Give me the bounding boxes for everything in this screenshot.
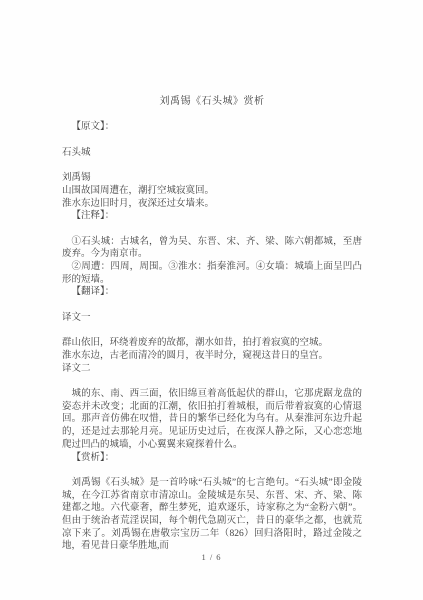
spacer	[62, 299, 362, 312]
poem-line: 山围故国周遭在，潮打空城寂寞回。	[62, 185, 362, 198]
section-header-translation: 【翻译】：	[62, 286, 362, 299]
spacer	[62, 325, 362, 338]
translation-line: 群山依旧，环绕着废弃的故都，潮水如昔，拍打着寂寞的空城。	[62, 337, 362, 350]
document-page: 刘禹锡《石头城》赏析 【原文】： 石头城 刘禹锡 山围故国周遭在，潮打空城寂寞回…	[0, 0, 423, 600]
poet-name: 刘禹锡	[62, 172, 362, 185]
section-header-analysis: 【赏析】：	[62, 452, 362, 465]
translation-line: 淮水东边，古老而清冷的圆月，夜半时分，窥视这昔日的皇宫。	[62, 350, 362, 363]
page-title: 刘禹锡《石头城》赏析	[62, 96, 362, 109]
poem-line: 淮水东边旧时月，夜深还过女墙来。	[62, 198, 362, 211]
spacer	[62, 375, 362, 388]
section-header-original: 【原文】：	[62, 121, 362, 134]
page-number: 1 / 6	[0, 552, 423, 562]
translation-version2-label: 译文二	[62, 363, 362, 376]
spacer	[62, 464, 362, 477]
section-header-notes: 【注释】：	[62, 210, 362, 223]
note-item: ①石头城：古城名，曾为吴、东晋、宋、齐、梁、陈六朝都城，至唐废弃。今为南京市。	[62, 236, 362, 261]
poem-title: 石头城	[62, 147, 362, 160]
spacer	[62, 159, 362, 172]
analysis-paragraph: 刘禹锡《石头城》是一首吟咏“石头城”的七言绝句。“石头城”即金陵城，在今江苏省南…	[62, 477, 362, 553]
translation-version1-label: 译文一	[62, 312, 362, 325]
spacer	[62, 109, 362, 122]
document-content: 刘禹锡《石头城》赏析 【原文】： 石头城 刘禹锡 山围故国周遭在，潮打空城寂寞回…	[62, 96, 362, 553]
translation-version2-paragraph: 城的东、南、西三面，依旧绵亘着高低起伏的群山，它那虎踞龙盘的姿态并未改变；北面的…	[62, 388, 362, 452]
spacer	[62, 134, 362, 147]
note-item: ②周遭：四周，周围。③淮水：指秦淮河。④女墙：城墙上面呈凹凸形的短墙。	[62, 261, 362, 286]
spacer	[62, 223, 362, 236]
